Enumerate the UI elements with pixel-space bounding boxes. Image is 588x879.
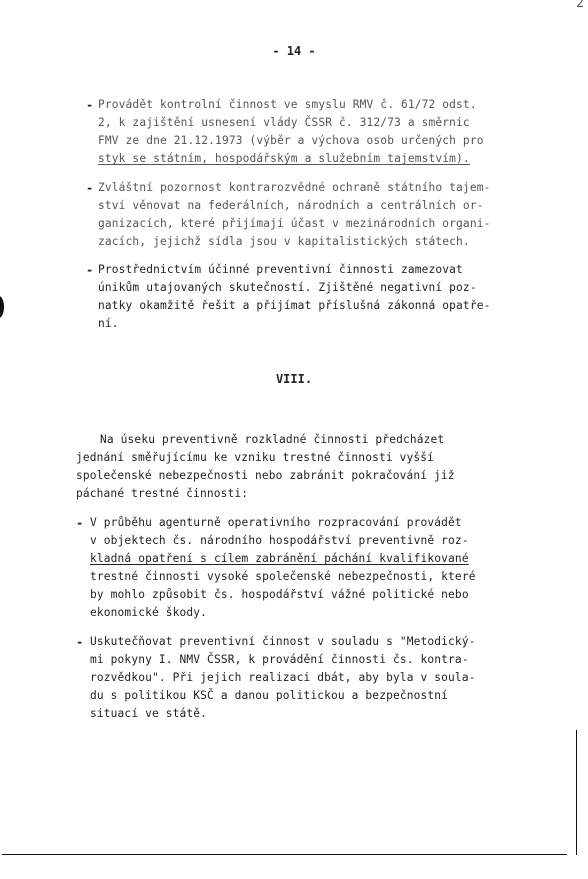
document-page: 2 - 14 - - Provádět kontrolní činnost ve… bbox=[0, 0, 588, 879]
text-line: Zvláštní pozornost kontrarozvědné ochran… bbox=[98, 181, 490, 194]
text-line: zacích, jejichž sídla jsou v kapitalisti… bbox=[98, 235, 470, 248]
section-heading: VIII. bbox=[0, 372, 588, 386]
text-line: ekonomické škody. bbox=[90, 606, 207, 619]
text-line: ství věnovat na federálních, národních a… bbox=[98, 199, 484, 212]
text-line: rozvědkou". Při jejich realizaci dbát, a… bbox=[90, 671, 476, 684]
text-line: situací ve státě. bbox=[90, 707, 207, 720]
corner-mark: 2 bbox=[576, 0, 584, 11]
text-line: ní. bbox=[98, 317, 119, 330]
text-line: FMV ze dne 21.12.1973 (výběr a výchova o… bbox=[98, 134, 484, 147]
text-line: trestné činnosti vysoké společenské nebe… bbox=[90, 570, 476, 583]
text-line: páchané trestné činnosti: bbox=[76, 487, 248, 500]
text-line: Na úseku preventivně rozkladné činnosti … bbox=[100, 433, 444, 446]
text-line: únikům utajovaných skutečností. Zjištěné… bbox=[98, 281, 477, 294]
bullet-dash: - bbox=[76, 516, 83, 530]
text-line: Uskutečňovat preventivní činnost v soula… bbox=[90, 635, 476, 648]
text-line: v objektech čs. národního hospodářství p… bbox=[90, 534, 469, 547]
text-line: mi pokyny I. NMV ČSSR, k provádění činno… bbox=[90, 653, 469, 666]
text-line: by mohlo způsobit čs. hospodářství vážné… bbox=[90, 588, 469, 601]
page-number: - 14 - bbox=[0, 44, 588, 58]
page-edge-bottom bbox=[2, 854, 567, 855]
text-line: du s politikou KSČ a danou politickou a … bbox=[90, 689, 448, 702]
text-line-underlined: styk se státním, hospodářským a služební… bbox=[98, 152, 470, 165]
bullet-dash: - bbox=[86, 98, 93, 112]
bullet-dash: - bbox=[76, 635, 83, 649]
text-line: společenské nebezpečnosti nebo zabránit … bbox=[76, 469, 455, 482]
text-line: natky okamžitě řešit a přijímat příslušn… bbox=[98, 299, 490, 312]
text-line: jednání směřujícímu ke vzniku trestné či… bbox=[76, 451, 434, 464]
page-edge-right bbox=[576, 730, 577, 855]
text-line: 2, k zajištění usnesení vlády ČSSR č. 31… bbox=[98, 116, 470, 129]
text-line-underlined: kladná opatření s cílem zabránění páchán… bbox=[90, 552, 469, 565]
bullet-dash: - bbox=[86, 263, 93, 277]
text-line: V průběhu agenturně operativního rozprac… bbox=[90, 516, 462, 529]
text-line: Provádět kontrolní činnost ve smyslu RMV… bbox=[98, 98, 477, 111]
punch-hole bbox=[0, 296, 4, 318]
text-line: ganizacích, které přijímají účast v mezi… bbox=[98, 217, 490, 230]
bullet-dash: - bbox=[86, 181, 93, 195]
text-line: Prostřednictvím účinné preventivní činno… bbox=[98, 263, 463, 276]
